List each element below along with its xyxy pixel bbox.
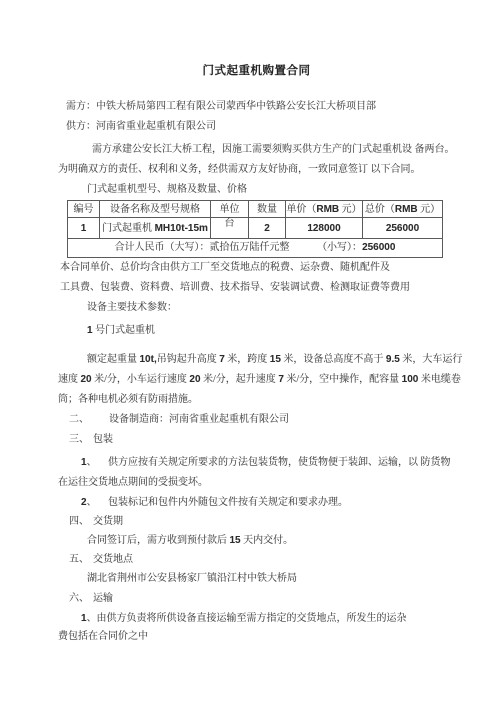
clause-4-body: 合同签订后，需方收到预付款后 15 天内交付。	[58, 531, 455, 551]
clause-2-number: 二、	[69, 410, 109, 430]
total-cell: 合计人民币（大写）：贰拾伍万陆仟元整 （小写）：256000	[68, 239, 443, 258]
clause-4-title: 交货期	[93, 516, 123, 527]
clause-2-heading: 二、设备制造商：河南省重业起重机有限公司	[58, 410, 455, 430]
preamble-line-1: 需方承建公安长江大桥工程，因施工需要须购买供方生产的门式起重机设 备两台。	[58, 140, 455, 160]
clause-6-heading: 六、运输	[58, 589, 455, 609]
cell-unit-price: 128000	[286, 218, 363, 239]
spec-line-3: 筒；各种电机必须有防雨措施。	[58, 390, 455, 410]
clause-3-heading: 三、包装	[58, 430, 455, 450]
specs-heading: 设备主要技术参数：	[58, 298, 455, 318]
clause-3-title: 包装	[93, 434, 113, 445]
supplier-line: 供方：河南省重业起重机有限公司	[58, 117, 455, 137]
contract-title: 门式起重机购置合同	[58, 62, 455, 80]
clause-3-item-1-line-2: 在运往交货地点期间的受损变坏。	[58, 473, 455, 493]
total-row: 合计人民币（大写）：贰拾伍万陆仟元整 （小写）：256000	[68, 239, 443, 258]
spec-line-1: 额定起重量 10t,吊钩起升高度 7 米，跨度 15 米，设备总高度不高于 9.…	[58, 350, 455, 370]
cell-no: 1	[68, 218, 100, 239]
clause-6-item-line-1: 1、由供方负责将所供设备直接运输至需方指定的交货地点，所发生的运杂	[58, 609, 455, 629]
clause-3-item-2: 2、包装标记和包件内外随包文件按有关规定和要求办理。	[58, 493, 455, 513]
clause-5-heading: 五、交货地点	[58, 551, 455, 569]
col-header-total-price: 总价（RMB 元）	[363, 201, 443, 218]
col-header-qty: 数量	[249, 201, 286, 218]
clause-5-number: 五、	[69, 551, 93, 569]
item-1-number: 1、	[81, 453, 108, 473]
price-note-line-1: 本合同单价、总价均含由供方工厂至交货地点的税费、运杂费、随机配件及	[58, 258, 455, 278]
clause-6-number: 六、	[69, 589, 93, 609]
cell-name: 门式起重机 MH10t-15m	[100, 218, 211, 239]
equipment-row: 1 门式起重机 MH10t-15m 台 2 128000 256000	[68, 218, 443, 239]
clause-2-text: 设备制造商：河南省重业起重机有限公司	[109, 414, 289, 425]
cell-unit: 台	[211, 218, 249, 239]
contract-page: 门式起重机购置合同 需方：中铁大桥局第四工程有限公司蒙西华中铁路公安长江大桥项目…	[0, 0, 500, 708]
price-table: 编号 设备名称及型号规格 单位 数量 单价（RMB 元） 总价（RMB 元） 1…	[67, 200, 443, 258]
buyer-line: 需方：中铁大桥局第四工程有限公司蒙西华中铁路公安长江大桥项目部	[58, 97, 455, 117]
clause-4-number: 四、	[69, 513, 93, 531]
cell-qty: 2	[249, 218, 286, 239]
clause-3-number: 三、	[69, 430, 93, 450]
item-2-number: 2、	[81, 493, 108, 513]
clause-6-title: 运输	[93, 593, 113, 604]
col-header-unit: 单位	[211, 201, 249, 218]
clause-5-title: 交货地点	[93, 554, 133, 565]
item-2-text: 包装标记和包件内外随包文件按有关规定和要求办理。	[108, 497, 348, 508]
col-header-unit-price: 单价（RMB 元）	[286, 201, 363, 218]
cell-total-price: 256000	[363, 218, 443, 239]
col-header-name: 设备名称及型号规格	[100, 201, 211, 218]
clause-4-heading: 四、交货期	[58, 513, 455, 531]
price-table-caption: 门式起重机型号、规格及数量、价格	[58, 180, 455, 200]
price-table-header-row: 编号 设备名称及型号规格 单位 数量 单价（RMB 元） 总价（RMB 元）	[68, 201, 443, 218]
price-note-line-2: 工具费、包装费、资料费、培训费、技术指导、安装调试费、检测取证费等费用	[58, 278, 455, 298]
crane-label: 1 号门式起重机	[58, 321, 455, 341]
col-header-no: 编号	[68, 201, 100, 218]
item-1-text: 供方应按有关规定所要求的方法包装货物，使货物便于装卸、运输，以 防货物	[108, 457, 451, 468]
clause-6-item-line-2: 费包括在合同价之中	[58, 629, 455, 645]
total-amount-words: 合计人民币（大写）：贰拾伍万陆仟元整	[115, 242, 290, 253]
clause-3-item-1-line-1: 1、供方应按有关规定所要求的方法包装货物，使货物便于装卸、运输，以 防货物	[58, 453, 455, 473]
preamble-line-2: 为明确双方的责任、权利和义务，经供需双方友好协商，一致同意签订 以下合同。	[58, 160, 455, 180]
total-amount-figures: （小写）：256000	[317, 242, 395, 253]
spec-line-2: 速度 20 米/分，小车运行速度 20 米/分，起升速度 7 米/分，空中操作，…	[58, 370, 455, 390]
clause-5-body: 湖北省荆州市公安县杨家厂镇沿江村中铁大桥局	[58, 569, 455, 589]
